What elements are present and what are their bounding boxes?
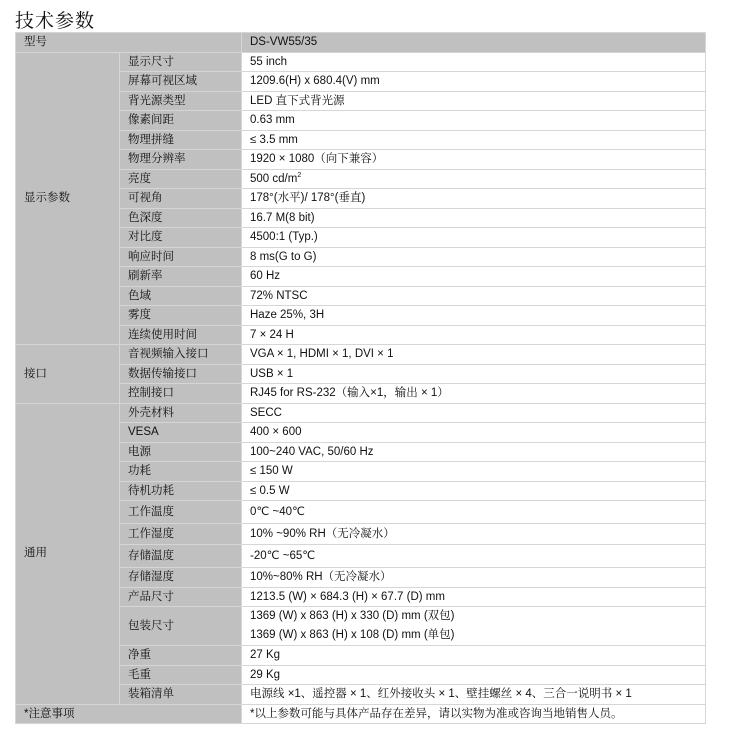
- spec-key: 显示尺寸: [120, 52, 242, 72]
- superscript: 2: [297, 172, 301, 179]
- table-row: 工作湿度10% ~90% RH（无冷凝水）: [16, 524, 706, 545]
- category-display: 显示参数: [16, 52, 120, 345]
- spec-key: 净重: [120, 646, 242, 666]
- spec-key: 电源: [120, 442, 242, 462]
- spec-key: 色域: [120, 286, 242, 306]
- spec-key: 包装尺寸: [120, 607, 242, 646]
- spec-key: 物理拼缝: [120, 130, 242, 150]
- table-row: 亮度500 cd/m2: [16, 169, 706, 189]
- table-row: 待机功耗≤ 0.5 W: [16, 481, 706, 501]
- spec-key: 功耗: [120, 462, 242, 482]
- spec-value: 1209.6(H) x 680.4(V) mm: [242, 72, 706, 92]
- brightness-value: 500 cd/m: [250, 173, 297, 185]
- spec-key: 毛重: [120, 665, 242, 685]
- spec-key: 物理分辨率: [120, 150, 242, 170]
- table-row: 色域72% NTSC: [16, 286, 706, 306]
- spec-value: ≤ 0.5 W: [242, 481, 706, 501]
- spec-value: USB × 1: [242, 364, 706, 384]
- spec-key: 工作温度: [120, 501, 242, 524]
- table-row: 像素间距0.63 mm: [16, 111, 706, 131]
- table-row: 通用 外壳材料 SECC: [16, 403, 706, 423]
- spec-table: 型号 DS-VW55/35 显示参数 显示尺寸 55 inch 屏幕可视区域12…: [15, 32, 706, 724]
- table-row: 物理分辨率1920 × 1080（向下兼容）: [16, 150, 706, 170]
- table-row: 存储湿度10%~80% RH（无冷凝水）: [16, 568, 706, 588]
- table-row: 控制接口RJ45 for RS-232（输入×1，输出 × 1）: [16, 384, 706, 404]
- note-text: *以上参数可能与具体产品存在差异，请以实物为准或咨询当地销售人员。: [242, 704, 706, 724]
- spec-value: 7 × 24 H: [242, 325, 706, 345]
- spec-key: 数据传输接口: [120, 364, 242, 384]
- table-row: 背光源类型LED 直下式背光源: [16, 91, 706, 111]
- table-row: 产品尺寸1213.5 (W) × 684.3 (H) × 67.7 (D) mm: [16, 587, 706, 607]
- spec-key: 存储湿度: [120, 568, 242, 588]
- page-title: 技术参数: [15, 6, 95, 33]
- table-row: 响应时间8 ms(G to G): [16, 247, 706, 267]
- spec-value: ≤ 3.5 mm: [242, 130, 706, 150]
- table-row: 工作温度0℃ ~40℃: [16, 501, 706, 524]
- spec-key: 亮度: [120, 169, 242, 189]
- spec-value: 1213.5 (W) × 684.3 (H) × 67.7 (D) mm: [242, 587, 706, 607]
- spec-value: Haze 25%, 3H: [242, 306, 706, 326]
- spec-key: 可视角: [120, 189, 242, 209]
- table-row: 接口 音视频输入接口 VGA × 1, HDMI × 1, DVI × 1: [16, 345, 706, 365]
- spec-value: 1369 (W) x 863 (H) x 330 (D) mm (双包) 136…: [242, 607, 706, 646]
- spec-value: 100~240 VAC, 50/60 Hz: [242, 442, 706, 462]
- note-row: *注意事项 *以上参数可能与具体产品存在差异，请以实物为准或咨询当地销售人员。: [16, 704, 706, 724]
- spec-key: VESA: [120, 423, 242, 443]
- spec-value: 400 × 600: [242, 423, 706, 443]
- spec-value: 27 Kg: [242, 646, 706, 666]
- spec-key: 控制接口: [120, 384, 242, 404]
- spec-key: 响应时间: [120, 247, 242, 267]
- spec-key: 外壳材料: [120, 403, 242, 423]
- spec-value: 60 Hz: [242, 267, 706, 287]
- table-row: 净重27 Kg: [16, 646, 706, 666]
- package-size-double: 1369 (W) x 863 (H) x 330 (D) mm (双包): [250, 607, 705, 626]
- table-row: 装箱清单电源线 ×1、遥控器 × 1、红外接收头 × 1、壁挂螺丝 × 4、三合…: [16, 685, 706, 705]
- table-row: 包装尺寸 1369 (W) x 863 (H) x 330 (D) mm (双包…: [16, 607, 706, 646]
- table-row: 色深度16.7 M(8 bit): [16, 208, 706, 228]
- spec-value: 178°(水平)/ 178°(垂直): [242, 189, 706, 209]
- spec-key: 刷新率: [120, 267, 242, 287]
- spec-key: 存储温度: [120, 545, 242, 568]
- package-size-single: 1369 (W) x 863 (H) x 108 (D) mm (单包): [250, 626, 705, 645]
- table-row: 电源100~240 VAC, 50/60 Hz: [16, 442, 706, 462]
- spec-key: 音视频输入接口: [120, 345, 242, 365]
- spec-key: 背光源类型: [120, 91, 242, 111]
- spec-value: 55 inch: [242, 52, 706, 72]
- category-general: 通用: [16, 403, 120, 704]
- spec-key: 屏幕可视区域: [120, 72, 242, 92]
- spec-value: ≤ 150 W: [242, 462, 706, 482]
- spec-value: 0℃ ~40℃: [242, 501, 706, 524]
- model-row: 型号 DS-VW55/35: [16, 33, 706, 53]
- spec-value: 电源线 ×1、遥控器 × 1、红外接收头 × 1、壁挂螺丝 × 4、三合一说明书…: [242, 685, 706, 705]
- spec-value: 8 ms(G to G): [242, 247, 706, 267]
- table-row: 毛重29 Kg: [16, 665, 706, 685]
- category-interface: 接口: [16, 345, 120, 404]
- table-row: 刷新率60 Hz: [16, 267, 706, 287]
- spec-value: 0.63 mm: [242, 111, 706, 131]
- spec-key: 色深度: [120, 208, 242, 228]
- spec-value: VGA × 1, HDMI × 1, DVI × 1: [242, 345, 706, 365]
- spec-value: 72% NTSC: [242, 286, 706, 306]
- table-row: 显示参数 显示尺寸 55 inch: [16, 52, 706, 72]
- spec-value: 4500:1 (Typ.): [242, 228, 706, 248]
- table-row: 对比度4500:1 (Typ.): [16, 228, 706, 248]
- table-row: 雾度Haze 25%, 3H: [16, 306, 706, 326]
- table-row: 数据传输接口USB × 1: [16, 364, 706, 384]
- spec-key: 产品尺寸: [120, 587, 242, 607]
- spec-value: 1920 × 1080（向下兼容）: [242, 150, 706, 170]
- note-label: *注意事项: [16, 704, 242, 724]
- spec-value: 10%~80% RH（无冷凝水）: [242, 568, 706, 588]
- table-row: 功耗≤ 150 W: [16, 462, 706, 482]
- model-label: 型号: [16, 33, 242, 53]
- table-row: 屏幕可视区域1209.6(H) x 680.4(V) mm: [16, 72, 706, 92]
- spec-value: RJ45 for RS-232（输入×1，输出 × 1）: [242, 384, 706, 404]
- spec-value: 16.7 M(8 bit): [242, 208, 706, 228]
- spec-value: -20℃ ~65℃: [242, 545, 706, 568]
- spec-value: 10% ~90% RH（无冷凝水）: [242, 524, 706, 545]
- spec-key: 装箱清单: [120, 685, 242, 705]
- spec-value: 500 cd/m2: [242, 169, 706, 189]
- table-row: 存储温度-20℃ ~65℃: [16, 545, 706, 568]
- spec-key: 连续使用时间: [120, 325, 242, 345]
- spec-key: 像素间距: [120, 111, 242, 131]
- spec-value: 29 Kg: [242, 665, 706, 685]
- model-value: DS-VW55/35: [242, 33, 706, 53]
- table-row: 可视角178°(水平)/ 178°(垂直): [16, 189, 706, 209]
- spec-key: 工作湿度: [120, 524, 242, 545]
- spec-key: 待机功耗: [120, 481, 242, 501]
- spec-key: 雾度: [120, 306, 242, 326]
- table-row: 物理拼缝≤ 3.5 mm: [16, 130, 706, 150]
- spec-value: SECC: [242, 403, 706, 423]
- table-row: 连续使用时间7 × 24 H: [16, 325, 706, 345]
- table-row: VESA400 × 600: [16, 423, 706, 443]
- spec-value: LED 直下式背光源: [242, 91, 706, 111]
- spec-key: 对比度: [120, 228, 242, 248]
